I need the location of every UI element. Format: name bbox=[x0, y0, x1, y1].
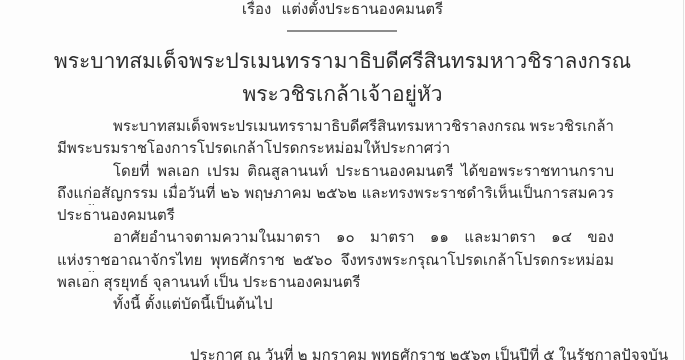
body-line: ทั้งนี้ ตั้งแต่บัดนี้เป็นต้นไป bbox=[57, 294, 614, 316]
body-line: พระบาทสมเด็จพระปรเมนทรรามาธิบดีศรีสินทรม… bbox=[57, 116, 614, 138]
announcement-date-line: ประกาศ ณ วันที่ ๒ มกราคม พุทธศักราช ๒๕๖๓… bbox=[190, 345, 668, 360]
body-line: แห่งราชอาณาจักรไทย พุทธศักราช ๒๕๖๐ จึงทร… bbox=[57, 250, 614, 272]
document-subject-line: เรื่อง แต่งตั้งประธานองคมนตรี bbox=[0, 0, 685, 20]
body-line: อาศัยอำนาจตามความในมาตรา ๑๐ มาตรา ๑๑ และ… bbox=[57, 227, 614, 249]
body-line: มีพระบรมราชโองการโปรดเกล้าโปรดกระหม่อมให… bbox=[57, 138, 614, 160]
royal-title-line2: พระวชิรเกล้าเจ้าอยู่หัว bbox=[0, 78, 685, 111]
body-line: ถึงแก่อสัญกรรม เมื่อวันที่ ๒๖ พฤษภาคม ๒๕… bbox=[57, 183, 614, 205]
royal-title-line1: พระบาทสมเด็จพระปรเมนทรรามาธิบดีศรีสินทรม… bbox=[0, 45, 685, 78]
document-body: พระบาทสมเด็จพระปรเมนทรรามาธิบดีศรีสินทรม… bbox=[57, 116, 614, 317]
body-line: พลเอก สุรยุทธ์ จุลานนท์ เป็น ประธานองคมน… bbox=[57, 272, 614, 294]
body-line: ประธานองคมนตรี bbox=[57, 205, 614, 227]
royal-proclamation-document: เรื่อง แต่งตั้งประธานองคมนตรี พระบาทสมเด… bbox=[0, 0, 685, 360]
royal-title: พระบาทสมเด็จพระปรเมนทรรามาธิบดีศรีสินทรม… bbox=[0, 45, 685, 111]
title-divider-rule bbox=[287, 30, 397, 32]
body-line: โดยที่ พลเอก เปรม ติณสูลานนท์ ประธานองคม… bbox=[57, 161, 614, 183]
